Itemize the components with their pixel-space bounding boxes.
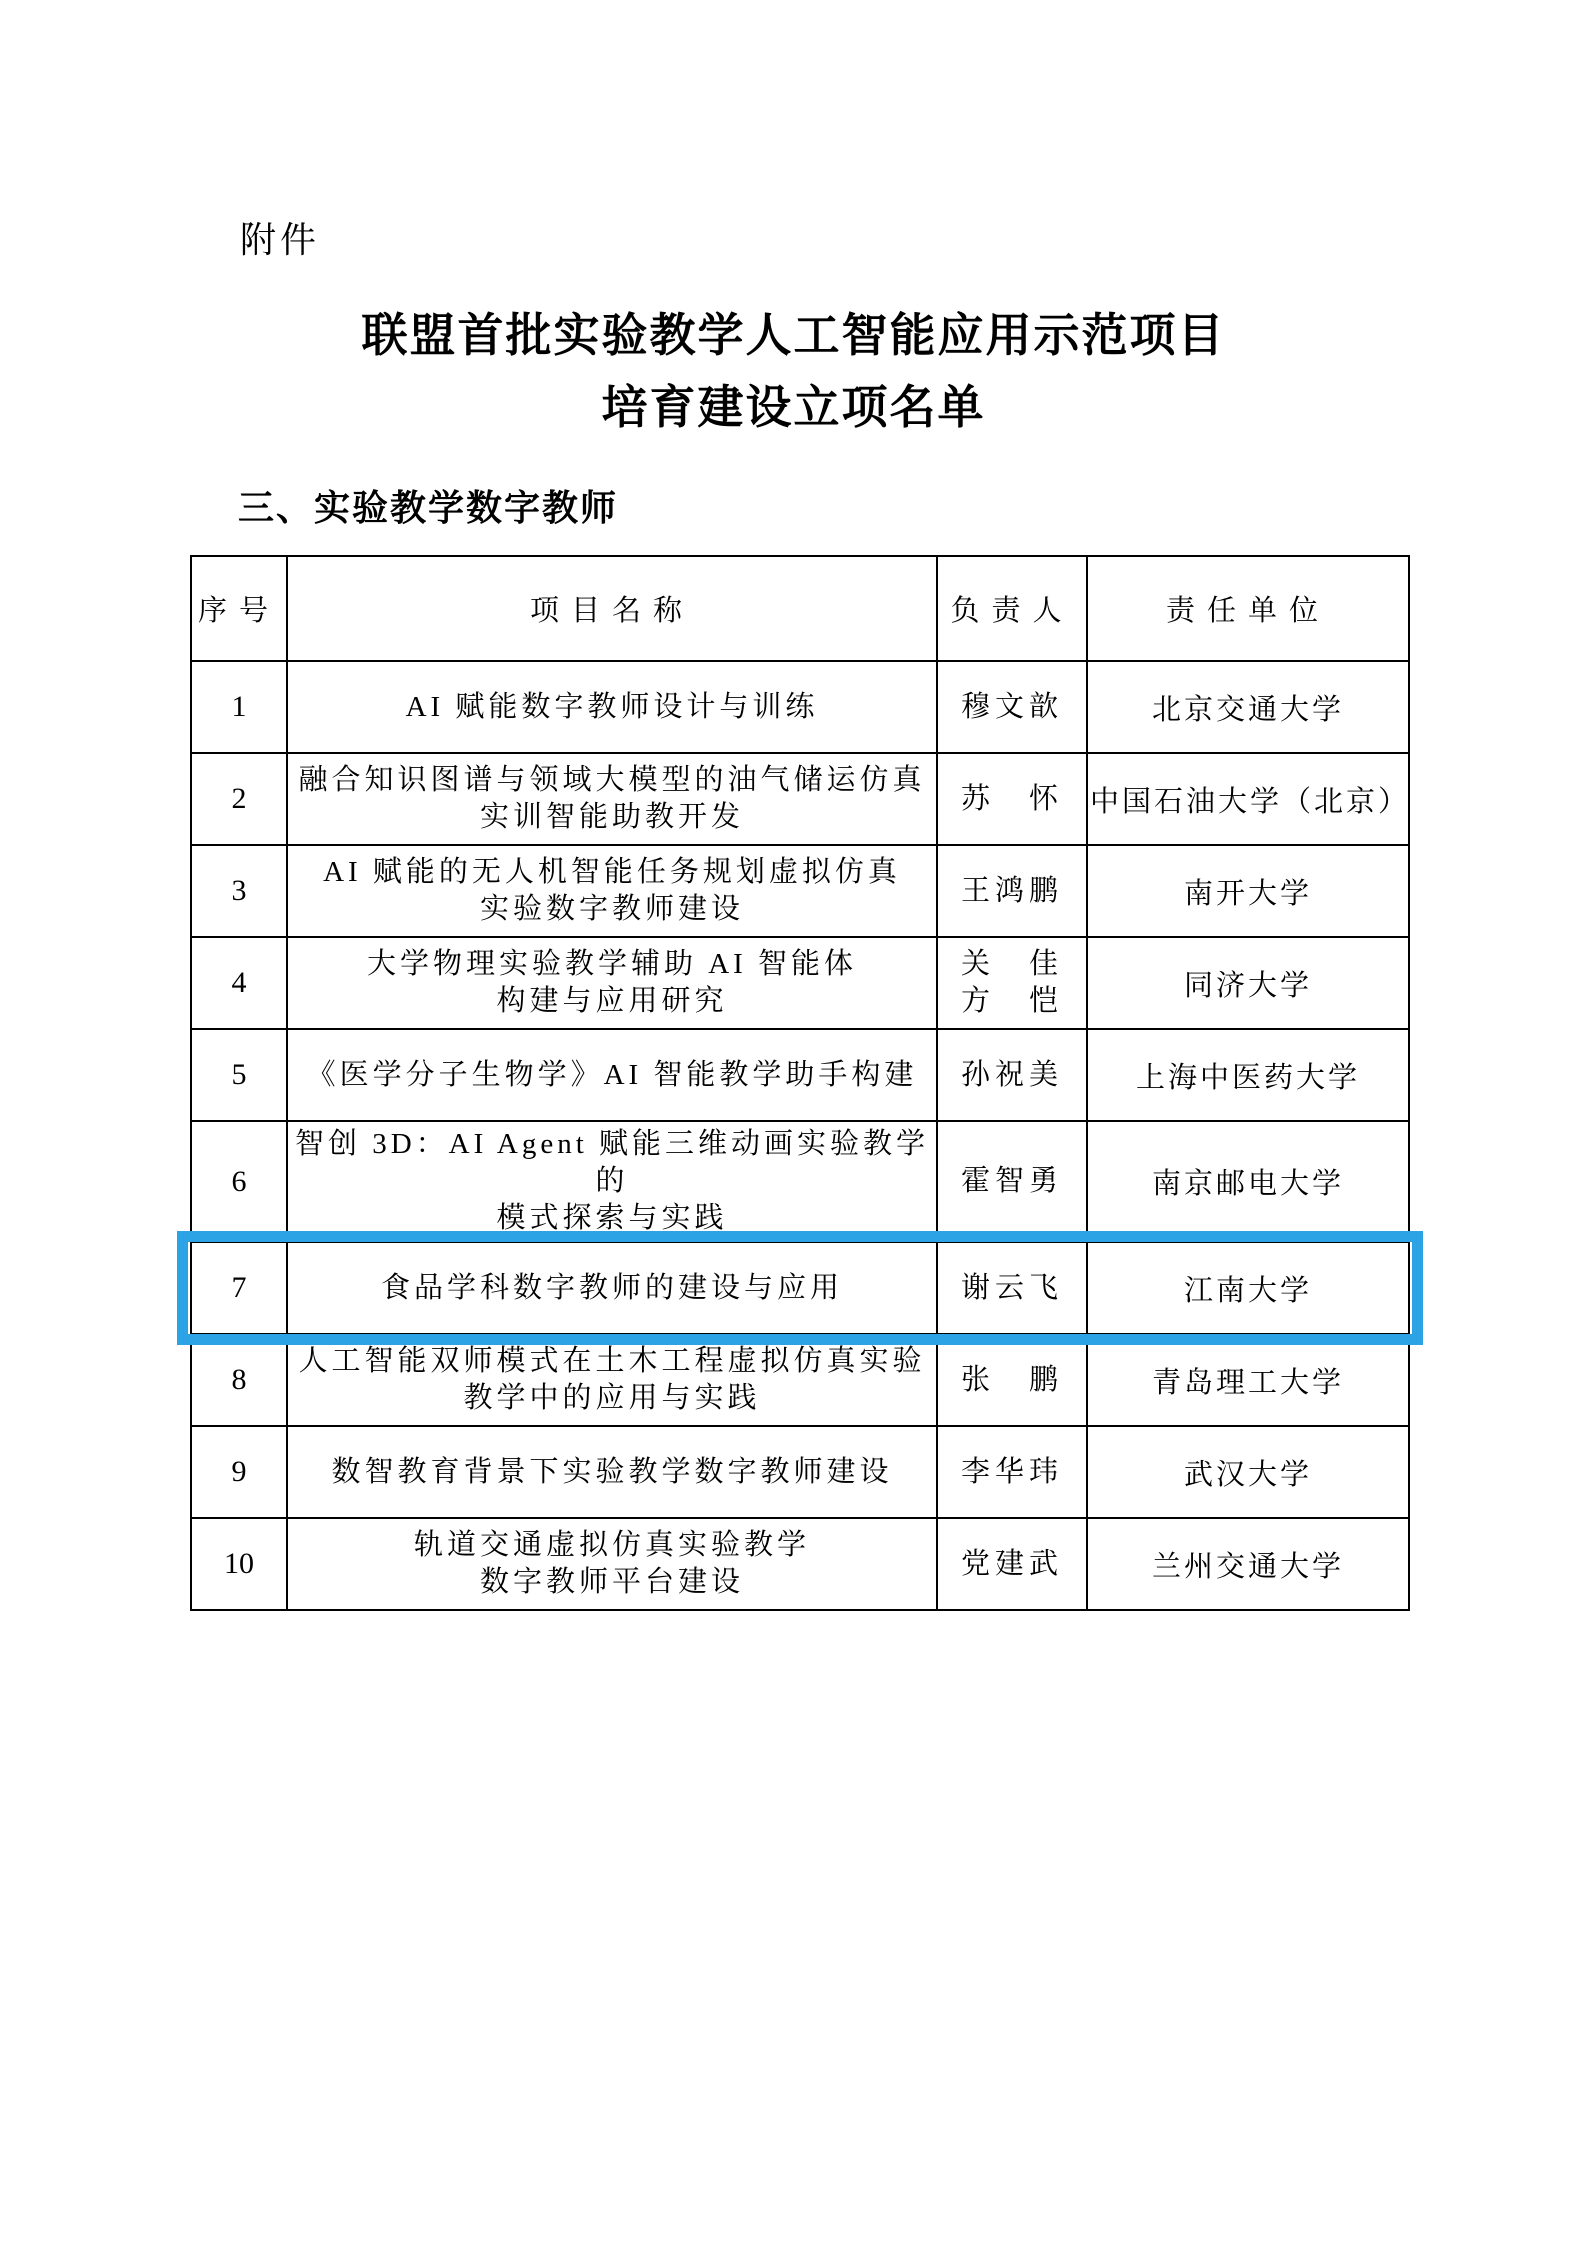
unit-cell: 同济大学 [1087,937,1409,1029]
table-row: 4 大学物理实验教学辅助 AI 智能体构建与应用研究 关 佳方 恺 同济大学 [191,937,1409,1029]
cell-line: 教学中的应用与实践 [290,1380,934,1417]
table-row: 2 融合知识图谱与领域大模型的油气储运仿真实训智能助教开发 苏 怀 中国石油大学… [191,753,1409,845]
row-number-cell: 2 [191,753,287,845]
cell-line: 人工智能双师模式在土木工程虚拟仿真实验 [290,1343,934,1380]
cell-line: 实验数字教师建设 [290,891,934,928]
project-name-cell: 食品学科数字教师的建设与应用 [287,1242,937,1334]
attachment-label: 附件 [240,212,320,263]
cell-line: 李华玮 [940,1454,1084,1491]
cell-line: 智创 3D：AI Agent 赋能三维动画实验教学的 [290,1126,934,1200]
unit-cell: 中国石油大学（北京） [1087,753,1409,845]
project-name-cell: AI 赋能数字教师设计与训练 [287,661,937,753]
table-row: 6 智创 3D：AI Agent 赋能三维动画实验教学的模式探索与实践 霍智勇 … [191,1121,1409,1242]
cell-line: 构建与应用研究 [290,983,934,1020]
unit-cell: 武汉大学 [1087,1426,1409,1518]
leader-cell: 苏 怀 [937,753,1087,845]
project-name-cell: 数智教育背景下实验教学数字教师建设 [287,1426,937,1518]
cell-line: 关 佳 [940,946,1084,983]
table-row: 1 AI 赋能数字教师设计与训练 穆文歆 北京交通大学 [191,661,1409,753]
title-line-2: 培育建设立项名单 [0,372,1587,444]
cell-line: AI 赋能的无人机智能任务规划虚拟仿真 [290,854,934,891]
project-name-cell: AI 赋能的无人机智能任务规划虚拟仿真实验数字教师建设 [287,845,937,937]
unit-cell: 兰州交通大学 [1087,1518,1409,1610]
cell-line: 霍智勇 [940,1163,1084,1200]
cell-line: 方 恺 [940,983,1084,1020]
leader-cell: 李华玮 [937,1426,1087,1518]
table-header-row: 序号 项目名称 负责人 责任单位 [191,556,1409,661]
cell-line: 数字教师平台建设 [290,1564,934,1601]
cell-line: 模式探索与实践 [290,1200,934,1237]
cell-line: 孙祝美 [940,1057,1084,1094]
unit-cell: 上海中医药大学 [1087,1029,1409,1121]
document-title: 联盟首批实验教学人工智能应用示范项目 培育建设立项名单 [0,300,1587,444]
row-number-cell: 5 [191,1029,287,1121]
cell-line: 食品学科数字教师的建设与应用 [290,1270,934,1307]
title-line-1: 联盟首批实验教学人工智能应用示范项目 [0,300,1587,372]
row-number-cell: 10 [191,1518,287,1610]
cell-line: AI 赋能数字教师设计与训练 [290,689,934,726]
cell-line: 轨道交通虚拟仿真实验教学 [290,1527,934,1564]
cell-line: 大学物理实验教学辅助 AI 智能体 [290,946,934,983]
cell-line: 《医学分子生物学》AI 智能教学助手构建 [290,1057,934,1094]
project-name-cell: 融合知识图谱与领域大模型的油气储运仿真实训智能助教开发 [287,753,937,845]
unit-cell: 江南大学 [1087,1242,1409,1334]
row-number-cell: 6 [191,1121,287,1242]
header-cell-unit: 责任单位 [1087,556,1409,661]
row-number-cell: 9 [191,1426,287,1518]
row-number-cell: 1 [191,661,287,753]
projects-table: 序号 项目名称 负责人 责任单位 1 AI 赋能数字教师设计与训练 穆文歆 北京… [190,555,1410,1611]
leader-cell: 王鸿鹏 [937,845,1087,937]
table-row: 10 轨道交通虚拟仿真实验教学数字教师平台建设 党建武 兰州交通大学 [191,1518,1409,1610]
cell-line: 苏 怀 [940,781,1084,818]
leader-cell: 张 鹏 [937,1334,1087,1426]
unit-cell: 北京交通大学 [1087,661,1409,753]
cell-line: 党建武 [940,1546,1084,1583]
section-heading: 三、实验教学数字教师 [238,480,618,531]
project-name-cell: 人工智能双师模式在土木工程虚拟仿真实验教学中的应用与实践 [287,1334,937,1426]
cell-line: 张 鹏 [940,1362,1084,1399]
table-body: 1 AI 赋能数字教师设计与训练 穆文歆 北京交通大学 2 融合知识图谱与领域大… [191,661,1409,1610]
cell-line: 实训智能助教开发 [290,799,934,836]
cell-line: 穆文歆 [940,689,1084,726]
row-number-cell: 3 [191,845,287,937]
table-row: 7 食品学科数字教师的建设与应用 谢云飞 江南大学 [191,1242,1409,1334]
row-number-cell: 7 [191,1242,287,1334]
header-cell-number: 序号 [191,556,287,661]
row-number-cell: 4 [191,937,287,1029]
project-name-cell: 《医学分子生物学》AI 智能教学助手构建 [287,1029,937,1121]
table-row: 9 数智教育背景下实验教学数字教师建设 李华玮 武汉大学 [191,1426,1409,1518]
leader-cell: 孙祝美 [937,1029,1087,1121]
leader-cell: 关 佳方 恺 [937,937,1087,1029]
cell-line: 王鸿鹏 [940,873,1084,910]
cell-line: 融合知识图谱与领域大模型的油气储运仿真 [290,762,934,799]
table-row: 5 《医学分子生物学》AI 智能教学助手构建 孙祝美 上海中医药大学 [191,1029,1409,1121]
leader-cell: 党建武 [937,1518,1087,1610]
leader-cell: 穆文歆 [937,661,1087,753]
cell-line: 数智教育背景下实验教学数字教师建设 [290,1454,934,1491]
leader-cell: 谢云飞 [937,1242,1087,1334]
unit-cell: 青岛理工大学 [1087,1334,1409,1426]
leader-cell: 霍智勇 [937,1121,1087,1242]
header-cell-project: 项目名称 [287,556,937,661]
table-row: 3 AI 赋能的无人机智能任务规划虚拟仿真实验数字教师建设 王鸿鹏 南开大学 [191,845,1409,937]
document-page: 附件 联盟首批实验教学人工智能应用示范项目 培育建设立项名单 三、实验教学数字教… [0,0,1587,2245]
unit-cell: 南开大学 [1087,845,1409,937]
table-row: 8 人工智能双师模式在土木工程虚拟仿真实验教学中的应用与实践 张 鹏 青岛理工大… [191,1334,1409,1426]
project-name-cell: 智创 3D：AI Agent 赋能三维动画实验教学的模式探索与实践 [287,1121,937,1242]
project-name-cell: 轨道交通虚拟仿真实验教学数字教师平台建设 [287,1518,937,1610]
header-cell-leader: 负责人 [937,556,1087,661]
cell-line: 谢云飞 [940,1270,1084,1307]
row-number-cell: 8 [191,1334,287,1426]
unit-cell: 南京邮电大学 [1087,1121,1409,1242]
project-name-cell: 大学物理实验教学辅助 AI 智能体构建与应用研究 [287,937,937,1029]
